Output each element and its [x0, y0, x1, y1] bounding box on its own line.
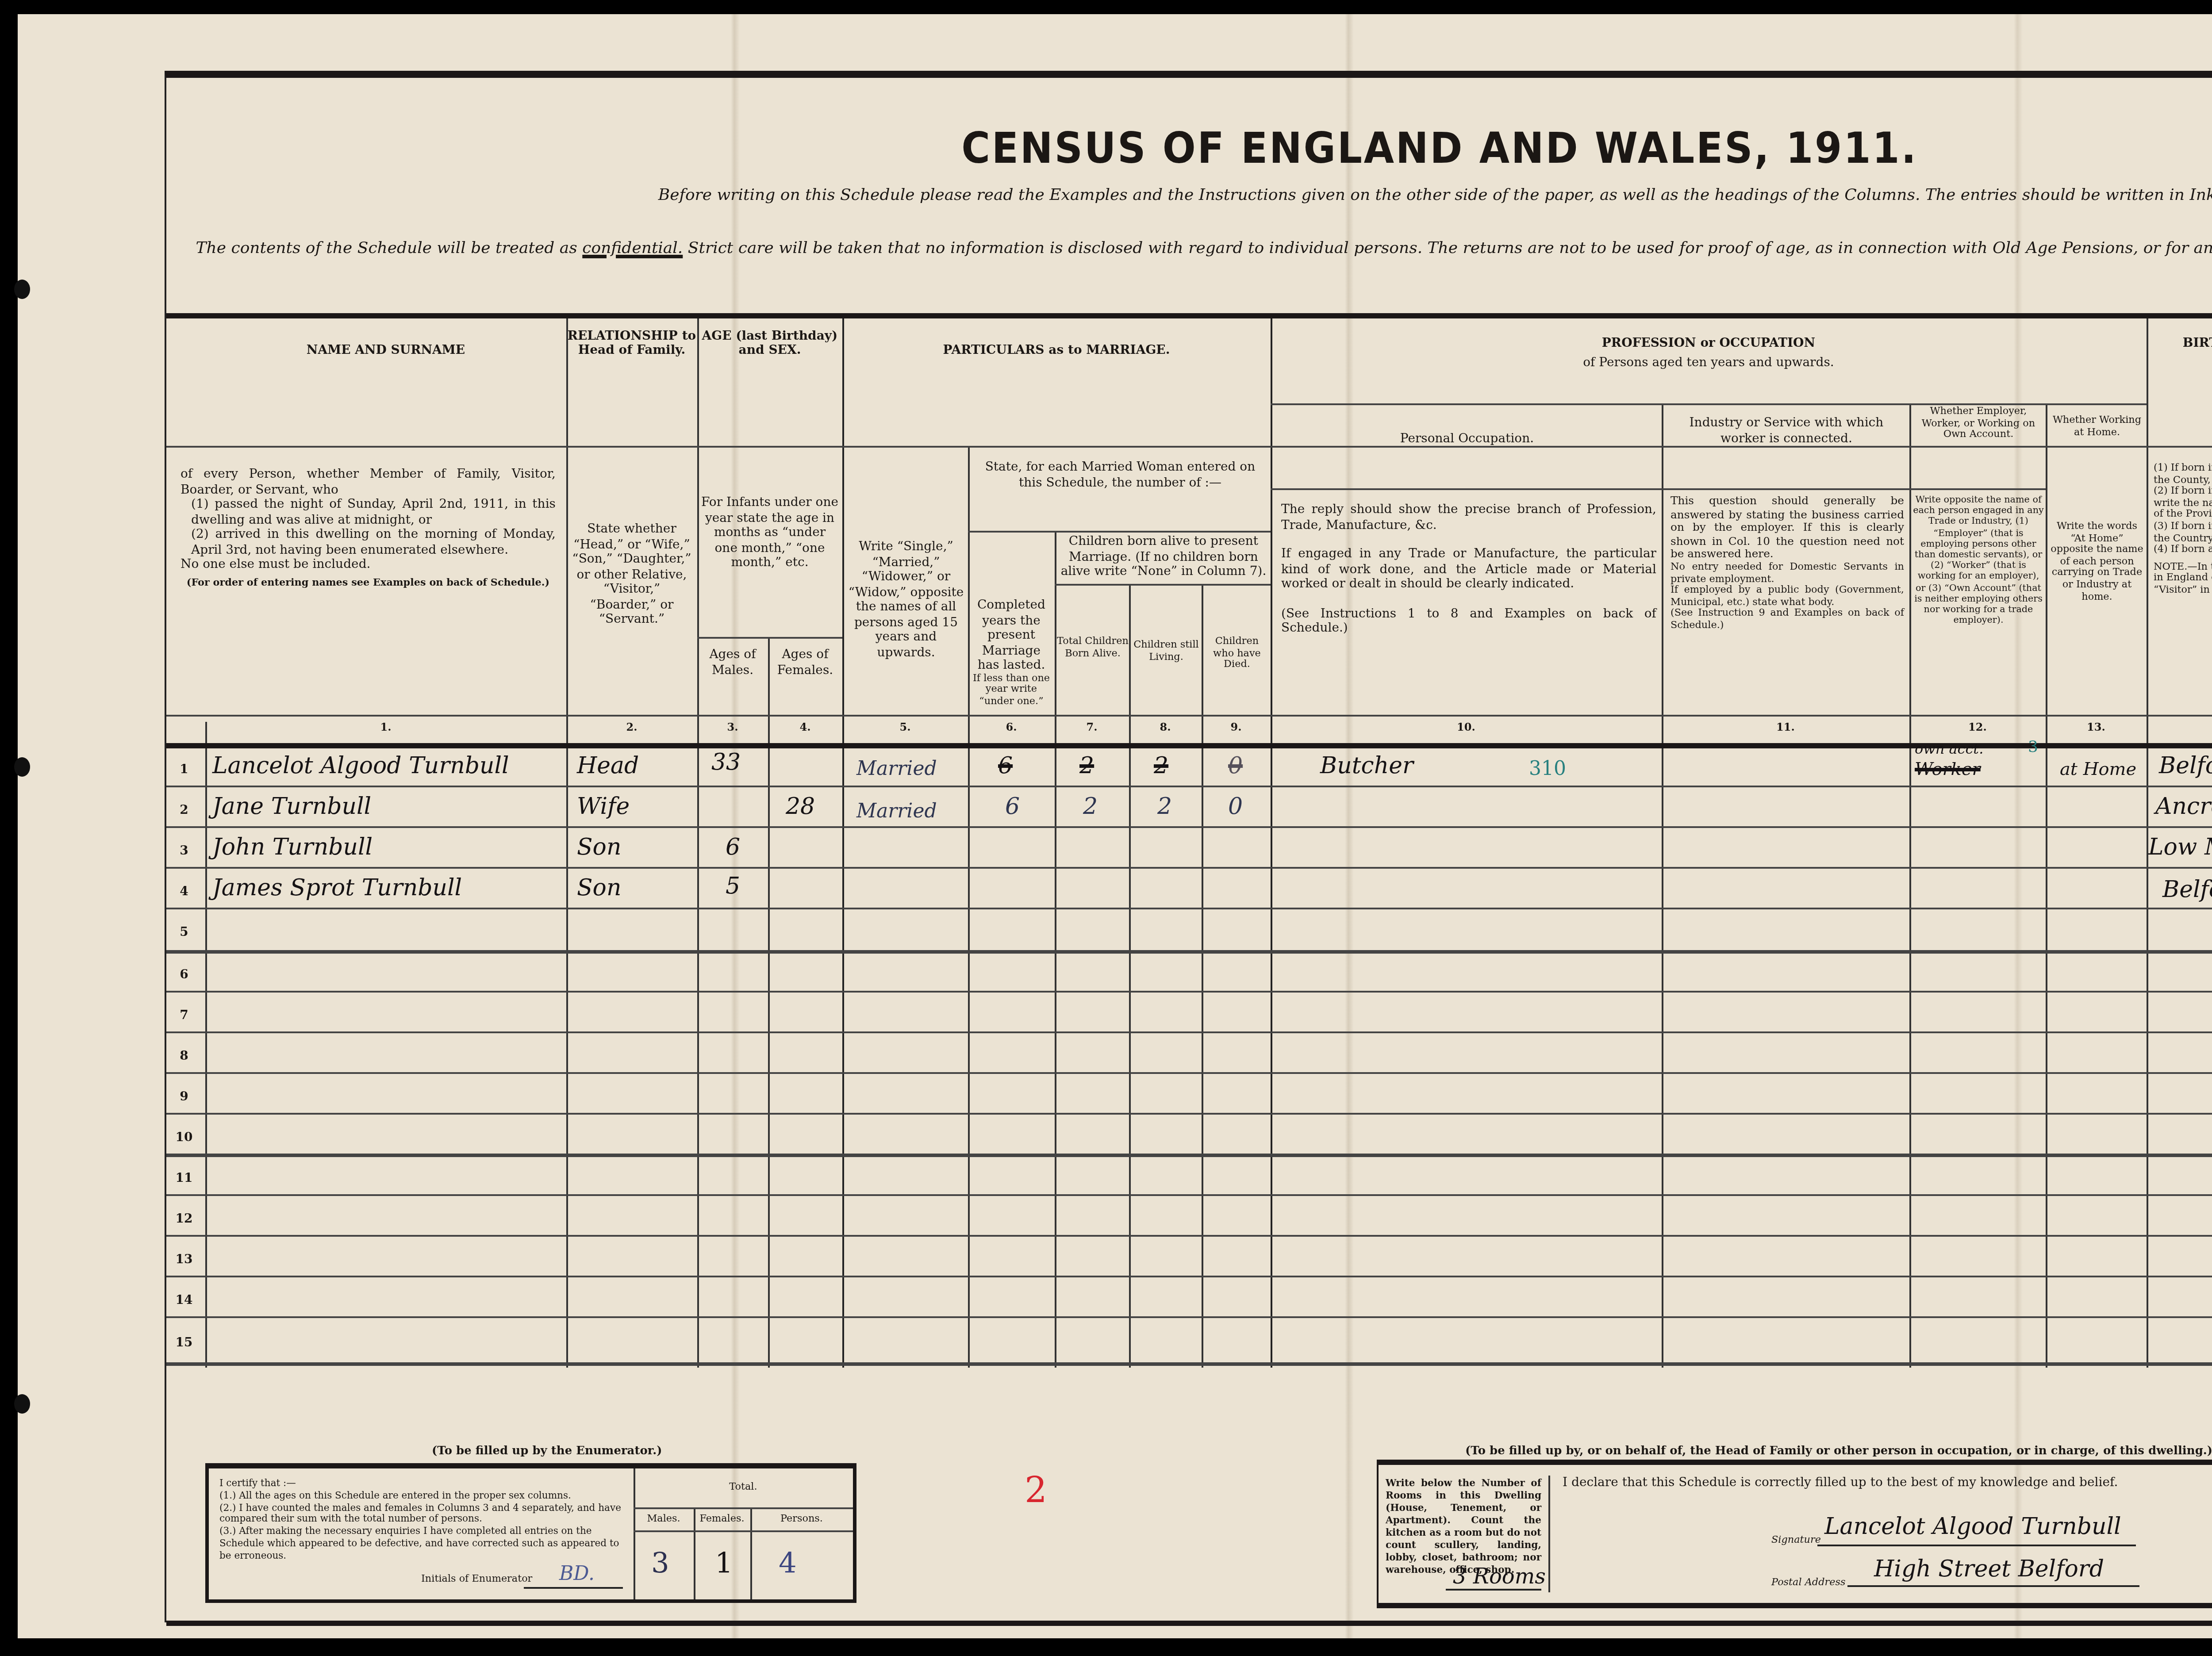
col-heading-birthplace: BIRTHPLACE of every person. [2147, 336, 2212, 350]
total-label: Total. [634, 1483, 853, 1494]
employment-correction: own acct. [1915, 741, 1983, 757]
row-number: 3 [166, 842, 202, 858]
person-condition: Married [856, 757, 937, 780]
rooms-value: 3 Rooms [1453, 1564, 1546, 1589]
employer-heading: Whether Employer, Worker, or Working on … [1911, 407, 2046, 442]
person-age-female: 28 [786, 794, 815, 821]
person-name: Jane Turnbull [212, 794, 371, 821]
age-females-label: Ages of Females. [770, 648, 841, 678]
person-age-male: 33 [711, 750, 741, 777]
col-heading-relationship: RELATIONSHIP to Head of Family. [566, 329, 697, 357]
row-number: 11 [166, 1169, 202, 1185]
signature-value: Lancelot Algood Turnbull [1824, 1514, 2121, 1541]
personal-occupation-instructions: The reply should show the precise branch… [1281, 502, 1656, 636]
form-frame: CENSUS OF ENGLAND AND WALES, 1911. Befor… [165, 71, 2212, 1622]
col-heading-occupation: PROFESSION or OCCUPATION [1271, 336, 2147, 350]
enumerator-certification: I certify that :— (1.) All the ages on t… [219, 1479, 623, 1563]
condition-instructions: Write “Single,” “Married,” “Widower,” or… [846, 540, 966, 660]
person-birthplace: Belford [2159, 754, 2212, 780]
household-table: NAME AND SURNAME RELATIONSHIP to Head of… [166, 313, 2212, 1368]
row-number: 1 [166, 761, 202, 777]
home-heading: Whether Working at Home. [2047, 416, 2147, 439]
row-number: 2 [166, 801, 202, 817]
punch-hole-icon [14, 280, 30, 299]
postal-address-label: Postal Address [1771, 1578, 1845, 1590]
person-relationship: Son [577, 835, 621, 862]
page-title: CENSUS OF ENGLAND AND WALES, 1911. [268, 124, 2212, 173]
children-total-heading: Total Children Born Alive. [1056, 637, 1129, 660]
row-number: 7 [166, 1007, 202, 1023]
scan-stage: CENSUS OF ENGLAND AND WALES, 1911. Befor… [0, 0, 2212, 1656]
females-label: Females. [694, 1514, 750, 1526]
red-annotation-mark: 2 [1025, 1468, 1047, 1511]
relationship-instructions: State whether “Head,” or “Wife,” “Son,” … [570, 522, 694, 627]
person-age-male: 6 [726, 835, 740, 862]
personal-occupation-heading: Personal Occupation. [1274, 432, 1660, 447]
person-condition: Married [856, 800, 937, 823]
rooms-instruction: Write below the Number of Rooms in this … [1386, 1479, 1541, 1578]
instruction-line: Before writing on this Schedule please r… [166, 188, 2212, 205]
person-name: John Turnbull [212, 835, 373, 862]
person-children-living: 2 [1157, 794, 1172, 821]
person-birthplace: Low Middleton [2148, 835, 2212, 862]
row-number: 14 [166, 1292, 202, 1307]
persons-label: Persons. [750, 1514, 853, 1526]
person-children-total: 2 [1083, 794, 1098, 821]
males-label: Males. [634, 1514, 694, 1526]
person-children-died: 0 [1228, 754, 1243, 780]
person-years-married: 6 [998, 754, 1013, 780]
row-number: 8 [166, 1047, 202, 1063]
enumerator-heading: (To be filled up by the Enumerator.) [432, 1444, 662, 1458]
person-occupation: Butcher [1320, 754, 1413, 780]
home-instructions: Write the words “At Home” opposite the n… [2049, 522, 2145, 604]
col-heading-marriage: PARTICULARS as to MARRIAGE. [842, 343, 1271, 357]
person-children-living: 2 [1154, 754, 1168, 780]
col-subheading-occupation: of Persons aged ten years and upwards. [1271, 356, 2147, 370]
person-age-male: 5 [726, 874, 740, 901]
row-number: 9 [166, 1088, 202, 1104]
signature-label: Signature [1771, 1536, 1821, 1547]
punch-hole-icon [14, 757, 30, 777]
declaration-text: I declare that this Schedule is correctl… [1563, 1476, 2118, 1491]
industry-heading: Industry or Service with which worker is… [1665, 416, 1908, 446]
person-at-home: at Home [2060, 761, 2136, 780]
birthplace-instructions: (1) If born in the United Kingdom, write… [2154, 464, 2212, 597]
married-woman-instructions: State, for each Married Woman entered on… [972, 460, 1269, 490]
household-declaration-box: Write below the Number of Rooms in this … [1377, 1460, 2212, 1608]
children-died-heading: Children who have Died. [1203, 637, 1271, 672]
industry-instructions: This question should generally be answer… [1671, 495, 1904, 632]
row-number: 10 [166, 1129, 202, 1145]
initials-label: Initials of Enumerator [421, 1575, 532, 1586]
confidentiality-notice: The contents of the Schedule will be tre… [180, 237, 2212, 264]
col-heading-name: NAME AND SURNAME [205, 343, 566, 357]
postal-address-value: High Street Belford [1874, 1557, 2104, 1583]
enumerator-certification-box: I certify that :— (1.) All the ages on t… [205, 1463, 856, 1603]
person-relationship: Head [577, 754, 639, 780]
person-name: James Sprot Turnbull [212, 876, 462, 902]
row-number: 5 [166, 924, 202, 939]
employment-code: 3 [2028, 740, 2038, 757]
initials-value: BD. [559, 1562, 595, 1585]
row-number: 12 [166, 1210, 202, 1226]
total-females: 1 [715, 1546, 733, 1580]
bottom-rule [166, 1621, 2212, 1626]
age-males-label: Ages of Males. [699, 648, 766, 678]
person-children-died: 0 [1228, 794, 1243, 821]
children-living-heading: Children still Living. [1131, 640, 1202, 664]
person-relationship: Wife [577, 794, 630, 821]
employer-instructions: Write opposite the name of each person e… [1913, 495, 2044, 627]
person-birthplace: Belford [2162, 878, 2212, 904]
total-males: 3 [651, 1546, 669, 1580]
occupation-code: 310 [1529, 757, 1566, 780]
children-heading: Children born alive to present Marriage.… [1058, 534, 1269, 579]
person-relationship: Son [577, 876, 621, 902]
punch-hole-icon [14, 1394, 30, 1414]
years-married-heading: Completed years the present Marriage has… [970, 598, 1053, 708]
person-name: Lancelot Algood Turnbull [212, 754, 509, 780]
person-children-total: 2 [1079, 754, 1094, 780]
person-birthplace: Ancroft [2155, 794, 2212, 821]
person-employment: Worker [1915, 761, 1981, 780]
row-number: 6 [166, 966, 202, 982]
census-schedule-page: CENSUS OF ENGLAND AND WALES, 1911. Befor… [18, 14, 2212, 1638]
row-number: 13 [166, 1251, 202, 1267]
name-instructions: of every Person, whether Member of Famil… [180, 467, 556, 589]
col-heading-age: AGE (last Birthday) and SEX. [697, 329, 842, 357]
row-number: 15 [166, 1334, 202, 1350]
age-instructions: For Infants under one year state the age… [701, 495, 839, 571]
household-heading: (To be filled up by, or on behalf of, th… [1465, 1444, 2212, 1458]
total-persons: 4 [779, 1546, 797, 1580]
person-years-married: 6 [1005, 794, 1020, 821]
row-number: 4 [166, 883, 202, 899]
